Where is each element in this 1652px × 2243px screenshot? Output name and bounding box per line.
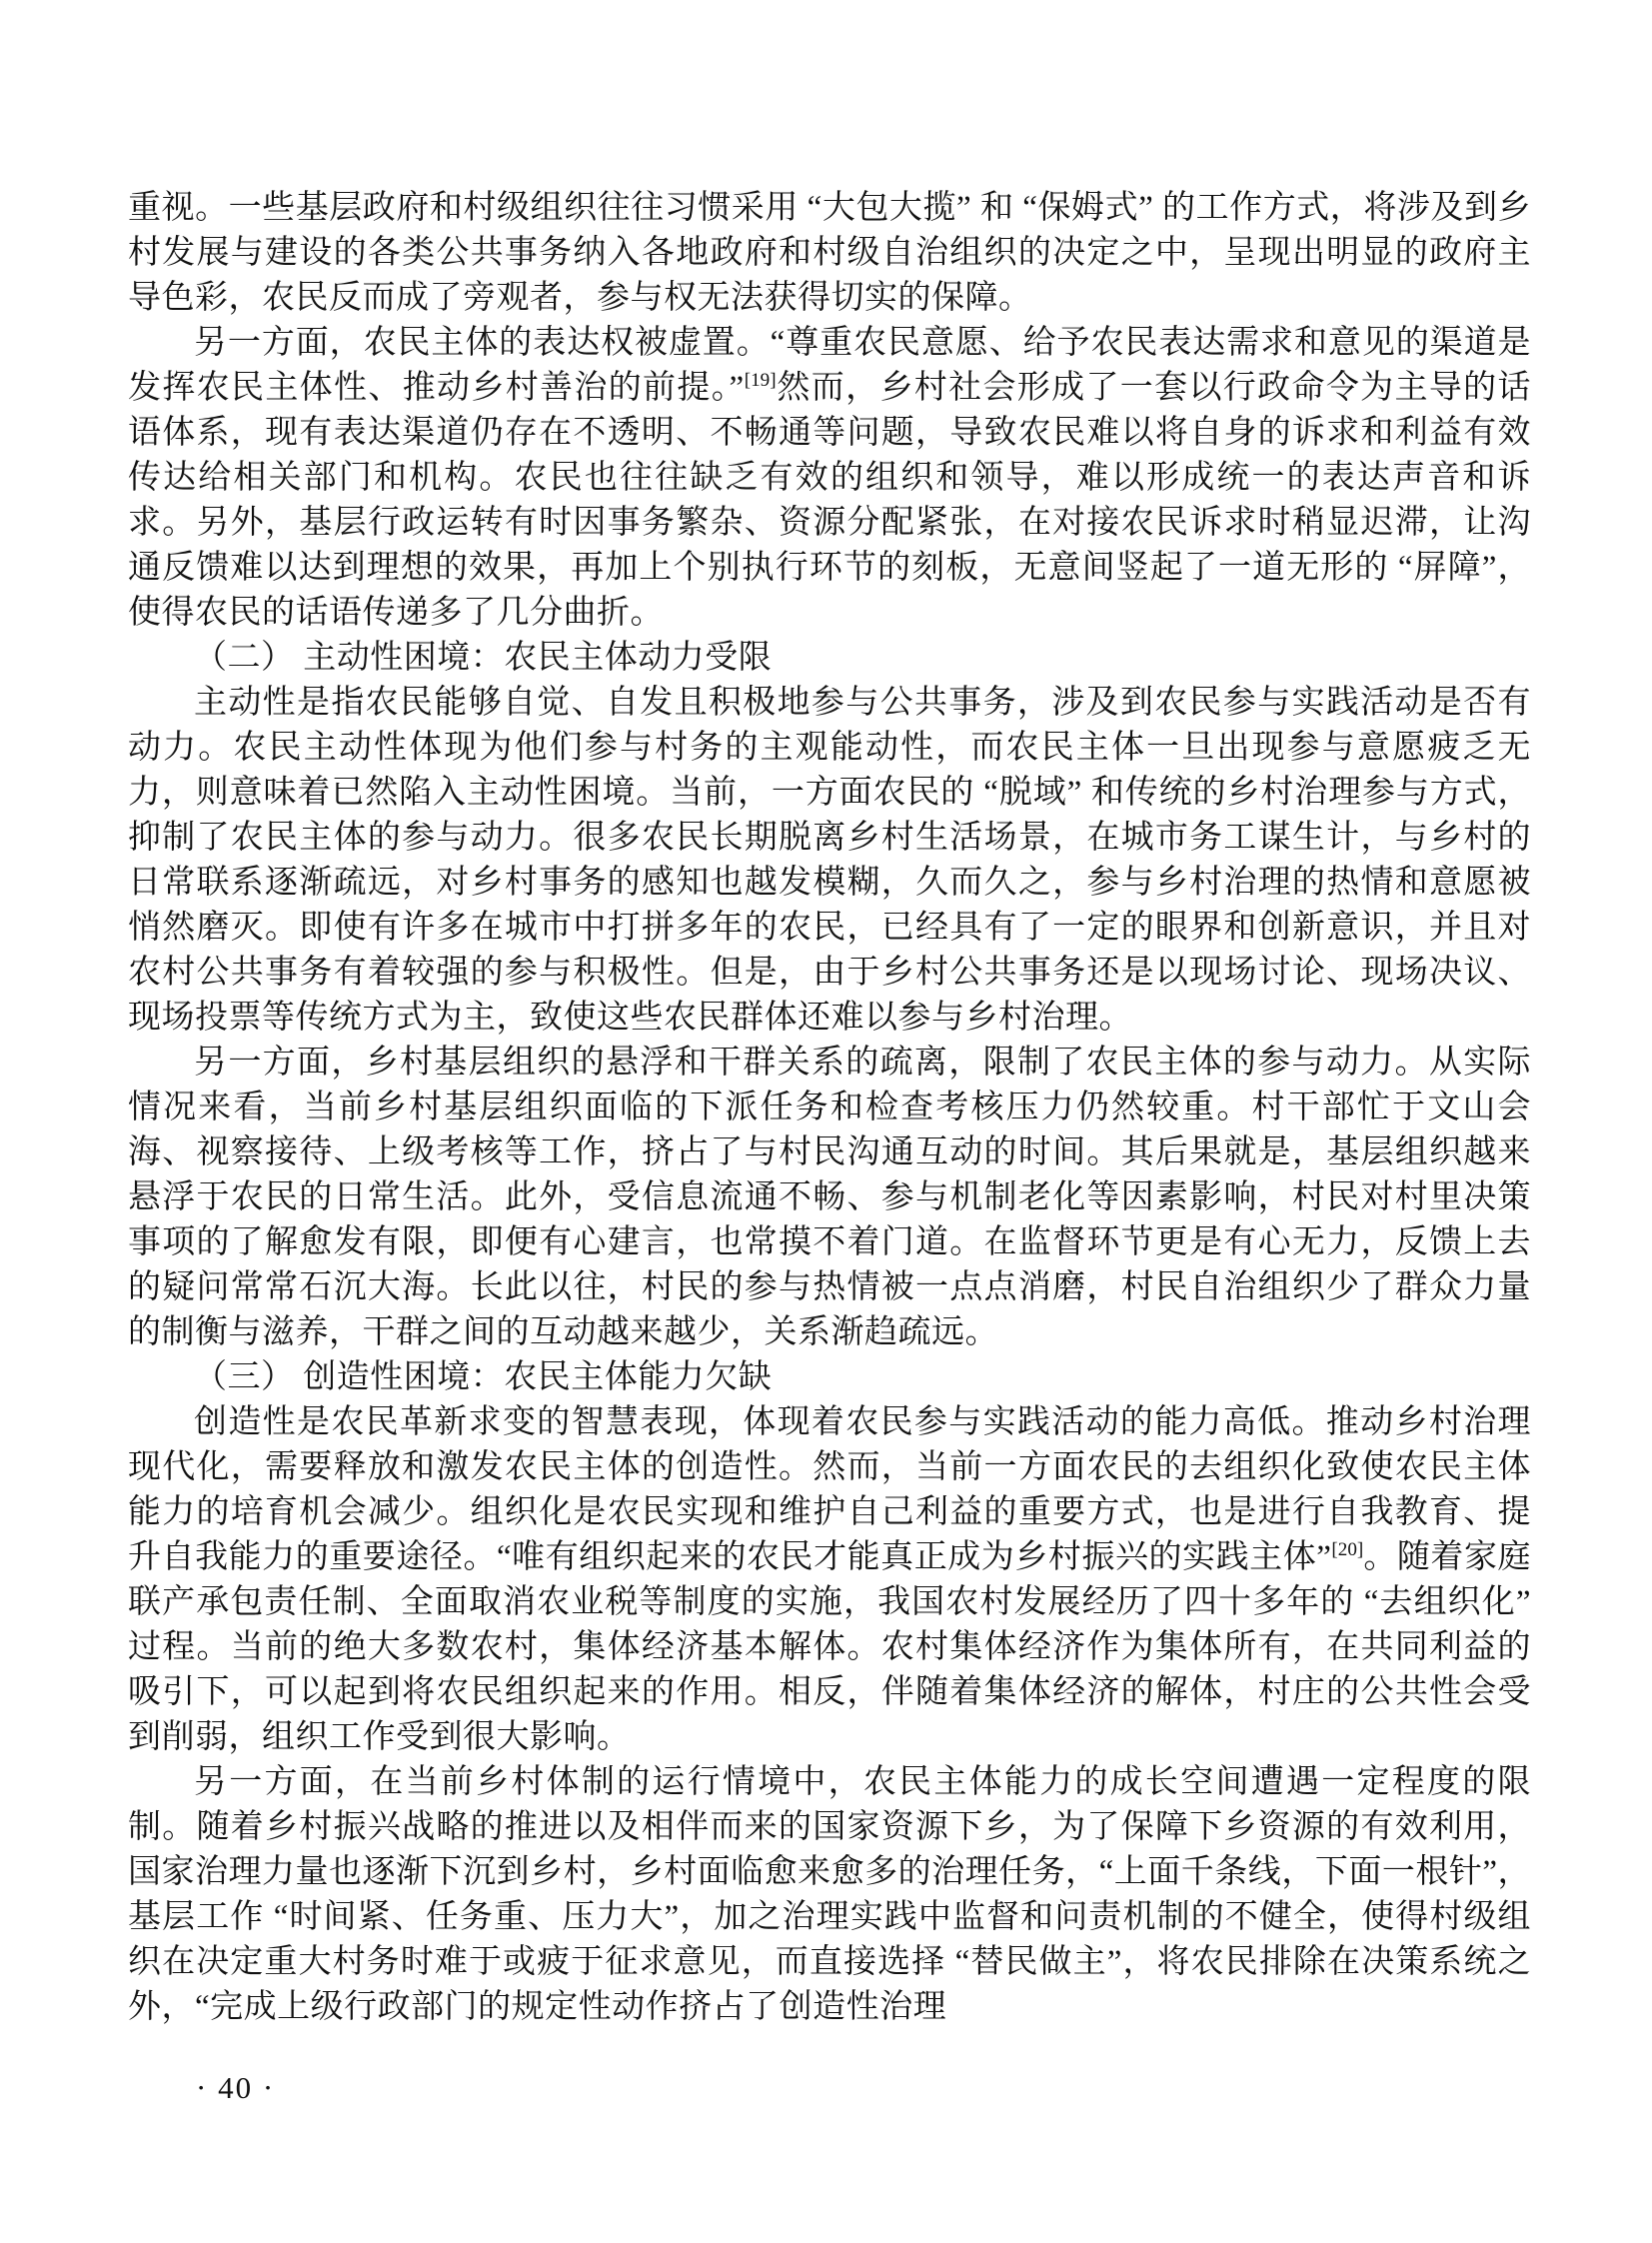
body-paragraph: 重视。一些基层政府和村级组织往往习惯采用 “大包大揽” 和 “保姆式” 的工作方… <box>128 186 1531 321</box>
body-paragraph: 另一方面，在当前乡村体制的运行情境中，农民主体能力的成长空间遭遇一定程度的限制。… <box>128 1760 1531 2030</box>
body-paragraph: 创造性是农民革新求变的智慧表现，体现着农民参与实践活动的能力高低。推动乡村治理现… <box>128 1400 1531 1760</box>
body-paragraph: 另一方面，乡村基层组织的悬浮和干群关系的疏离，限制了农民主体的参与动力。从实际情… <box>128 1041 1531 1355</box>
section-heading: （三） 创造性困境：农民主体能力欠缺 <box>128 1355 1531 1400</box>
body-paragraph: 主动性是指农民能够自觉、自发且积极地参与公共事务，涉及到农民参与实践活动是否有动… <box>128 681 1531 1041</box>
body-paragraph: 另一方面，农民主体的表达权被虚置。“尊重农民意愿、给予农民表达需求和意见的渠道是… <box>128 321 1531 636</box>
citation-ref: [20] <box>1331 1539 1363 1560</box>
section-heading: （二） 主动性困境：农民主体动力受限 <box>128 636 1531 681</box>
page-footer: · 40 · <box>196 2069 275 2107</box>
citation-ref: [19] <box>745 370 777 391</box>
page-body-text: 重视。一些基层政府和村级组织往往习惯采用 “大包大揽” 和 “保姆式” 的工作方… <box>128 186 1531 2030</box>
document-page: 重视。一些基层政府和村级组织往往习惯采用 “大包大揽” 和 “保姆式” 的工作方… <box>0 0 1652 2243</box>
page-number: · 40 · <box>196 2070 275 2105</box>
